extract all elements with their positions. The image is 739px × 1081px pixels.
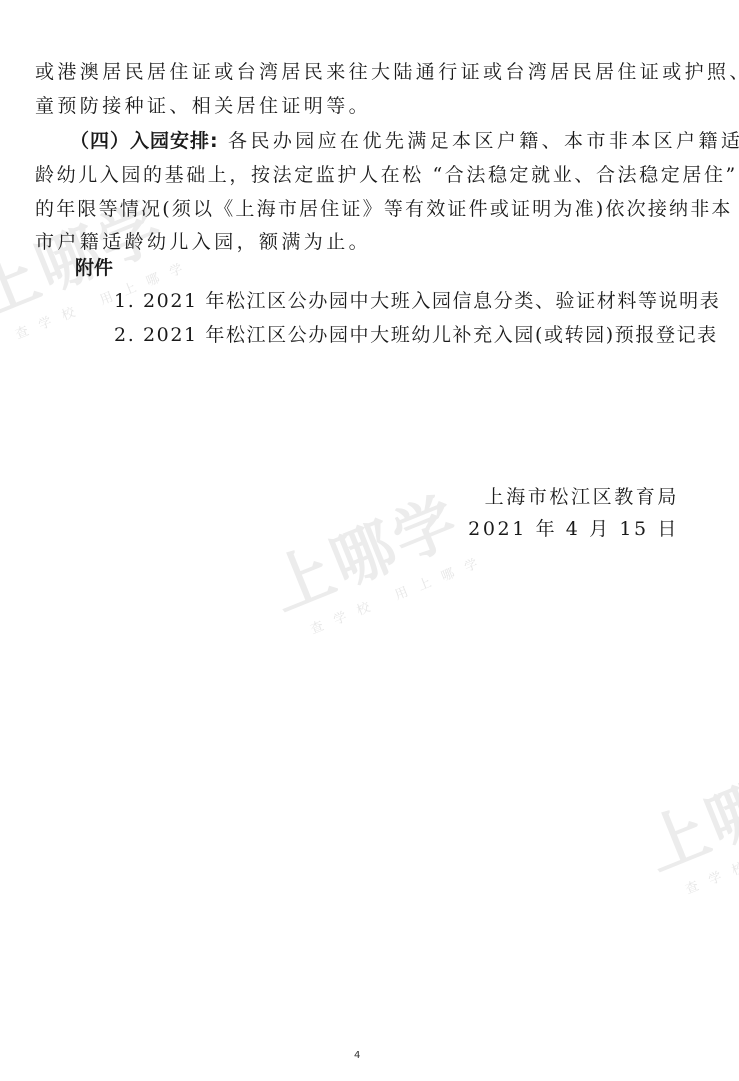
attachment-item: 1. 2021 年松江区公办园中大班入园信息分类、验证材料等说明表 (114, 289, 720, 313)
issuer: 上海市松江区教育局 (485, 485, 679, 509)
section-four-line: 市户籍适龄幼儿入园，额满为止。 (35, 230, 685, 254)
watermark: 上哪学 查学校 用上哪学 (255, 466, 491, 645)
section-four-heading: （四）入园安排: (70, 130, 219, 152)
page-number: 4 (354, 1050, 360, 1061)
paragraph-line: 或港澳居民居住证或台湾居民来往大陆通行证或台湾居民居住证或护照、儿 (35, 60, 685, 84)
issue-date: 2021 年 4 月 15 日 (468, 517, 679, 541)
paragraph-line: 童预防接种证、相关居住证明等。 (35, 94, 685, 118)
watermark: 上哪学 查学校 用上哪学 (630, 726, 739, 905)
document-page: 上哪学 查学校 用上哪学 上哪学 查学校 用上哪学 上哪学 查学校 用上哪学 或… (0, 0, 739, 1081)
attachment-item: 2. 2021 年松江区公办园中大班幼儿补充入园(或转园)预报登记表 (114, 323, 718, 347)
section-four-line: 的年限等情况(须以《上海市居住证》等有效证件或证明为准)依次接纳非本 (35, 197, 685, 221)
section-four-line: （四）入园安排: 各民办园应在优先满足本区户籍、本市非本区户籍适 (70, 129, 720, 153)
section-four-text: 各民办园应在优先满足本区户籍、本市非本区户籍适 (219, 130, 739, 152)
attachments-heading: 附件 (75, 256, 113, 280)
section-four-line: 龄幼儿入园的基础上，按法定监护人在松 “合法稳定就业、合法稳定居住” (35, 163, 685, 187)
